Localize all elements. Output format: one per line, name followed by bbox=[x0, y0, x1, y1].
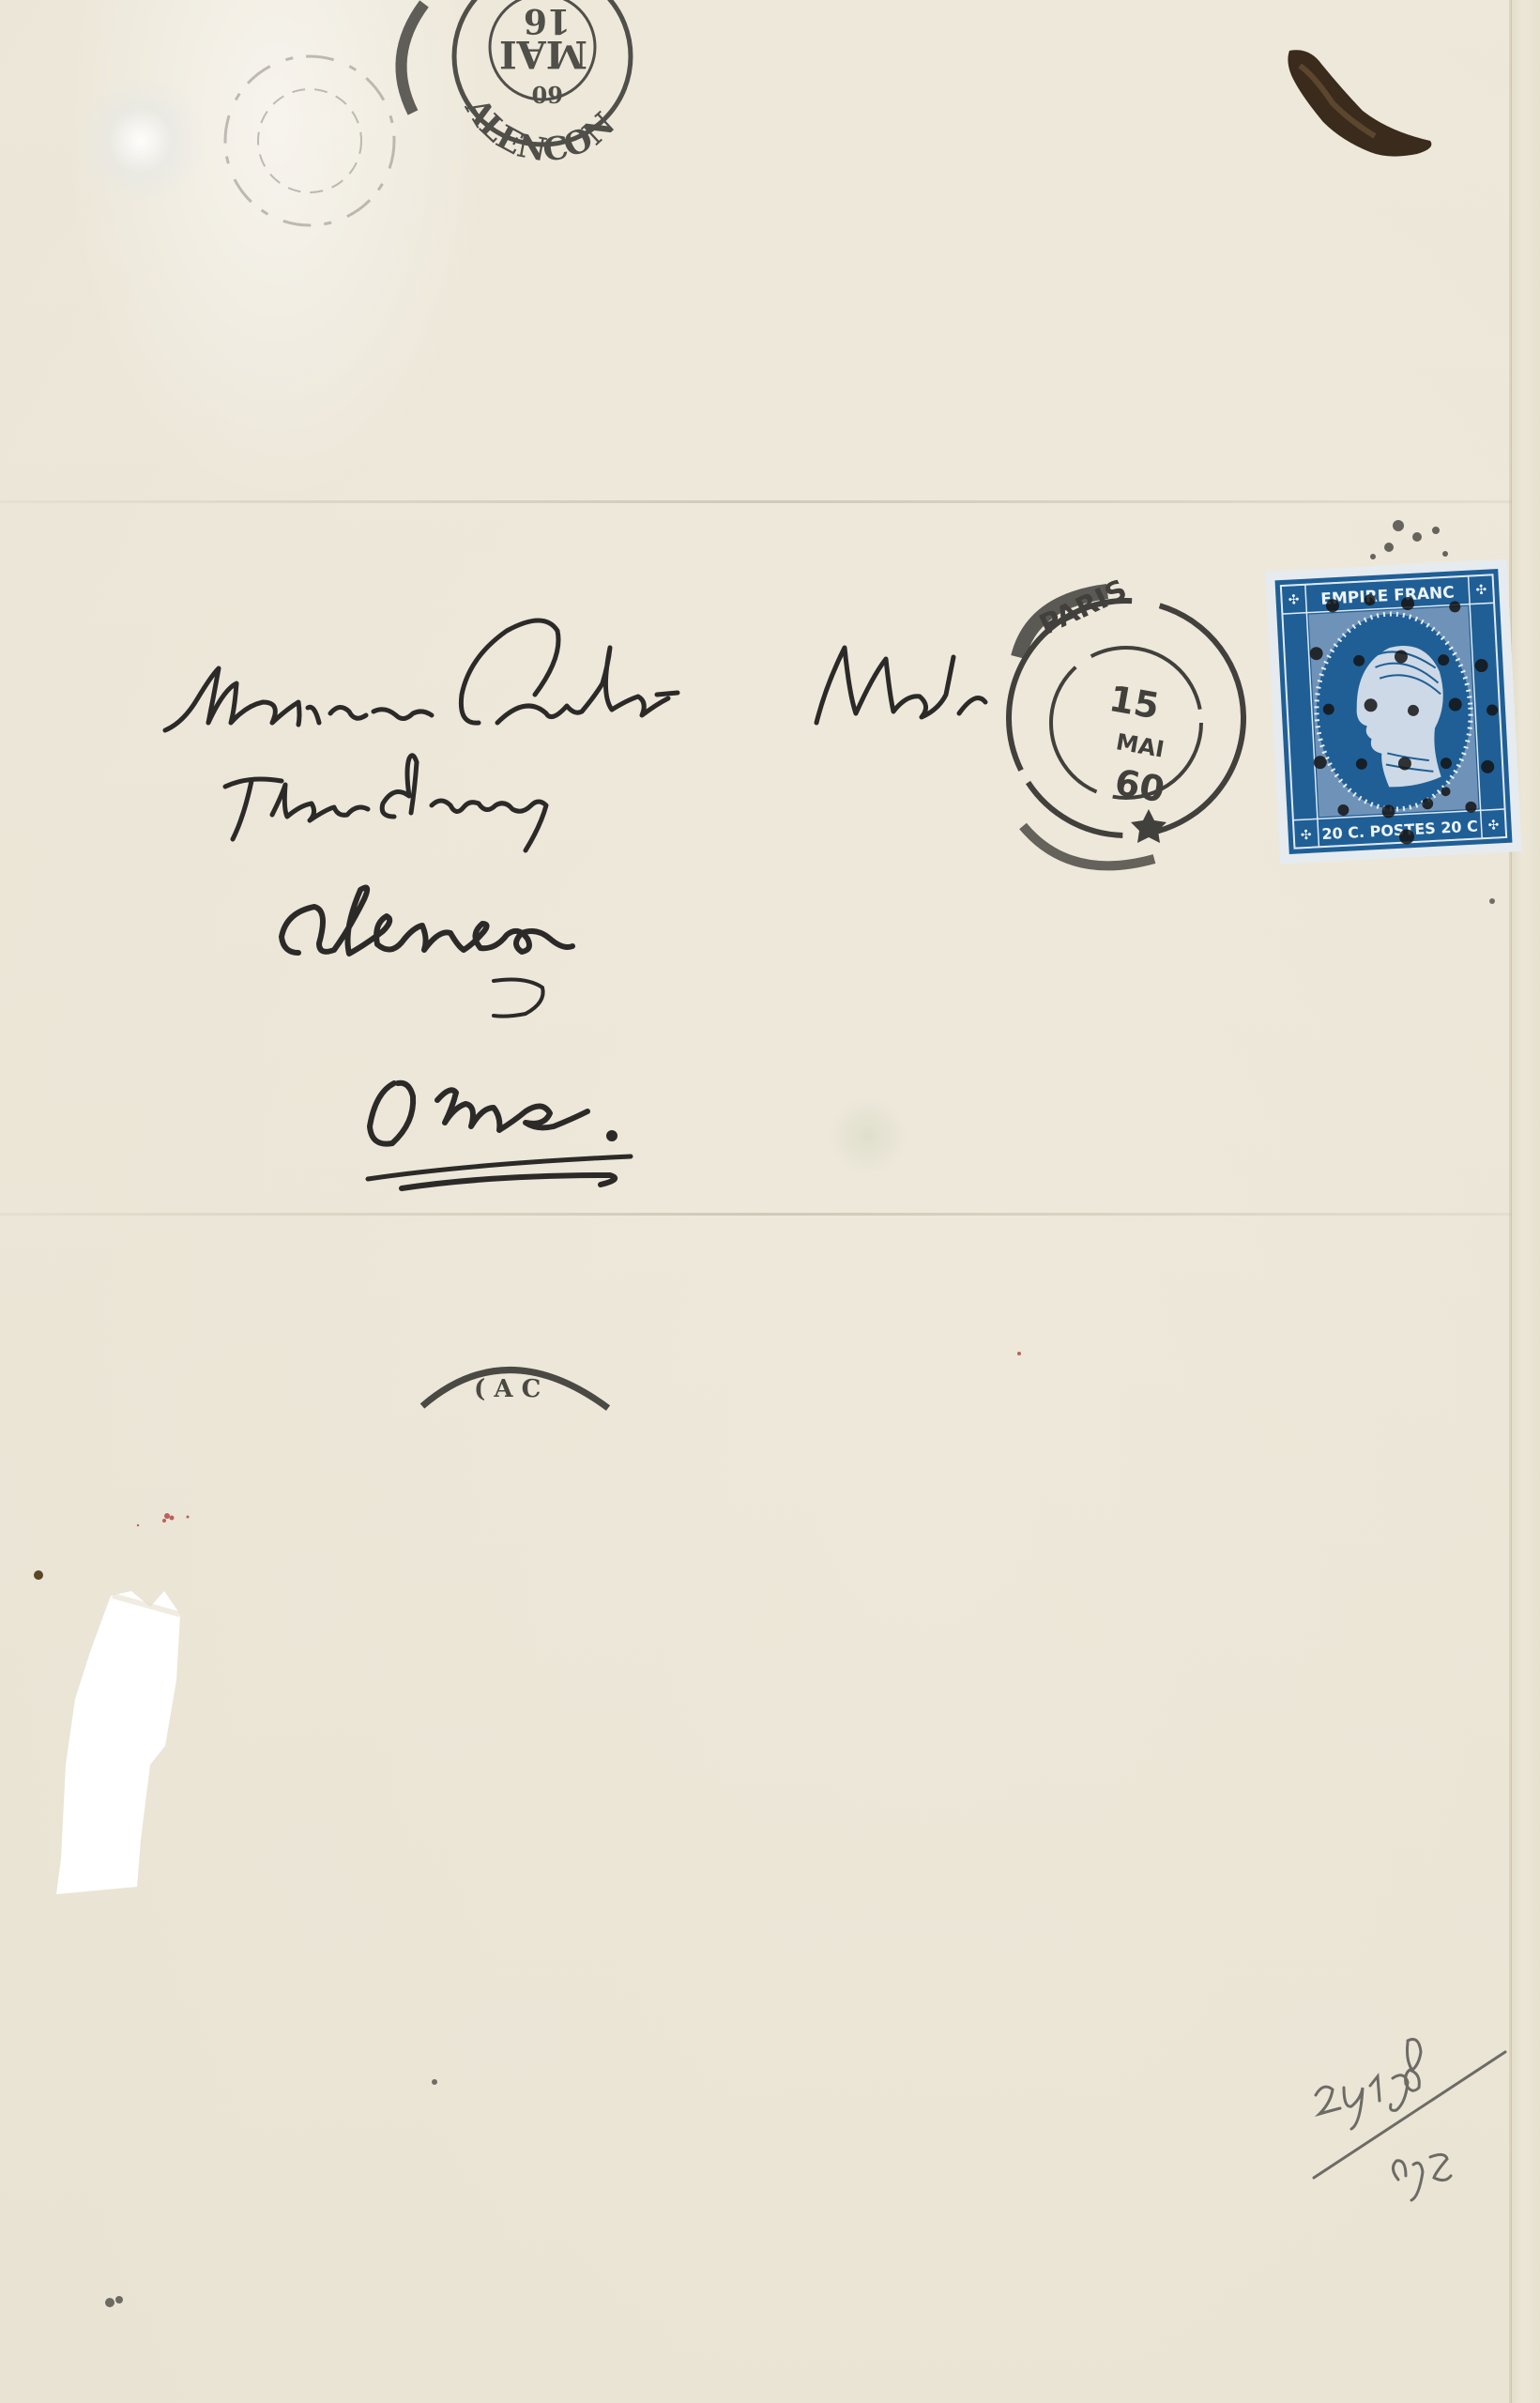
paris-year: 60 bbox=[1154, 601, 1173, 619]
alencon-year: 60 bbox=[607, 9, 626, 27]
alencon-day: 16 bbox=[546, 9, 565, 27]
svg-text:✣: ✣ bbox=[1288, 592, 1300, 608]
svg-text:✣: ✣ bbox=[1301, 828, 1313, 844]
letter-sheet bbox=[0, 0, 1540, 2403]
svg-text:✣: ✣ bbox=[1487, 818, 1500, 834]
postage-stamp: EMPIRE FRANC 20 C. POSTES 20 C ✣✣ ✣✣ bbox=[1265, 559, 1522, 864]
alencon-town: ALENCON bbox=[460, 9, 541, 27]
paris-day: 15 bbox=[1093, 601, 1112, 619]
napoleon-portrait-icon: EMPIRE FRANC 20 C. POSTES 20 C ✣✣ ✣✣ bbox=[1265, 559, 1522, 864]
water-stain bbox=[826, 1098, 910, 1173]
paper-edge bbox=[1511, 0, 1540, 2403]
fold-line-lower bbox=[0, 1213, 1512, 1216]
paris-month: MAI bbox=[1118, 601, 1150, 619]
svg-text:✣: ✣ bbox=[1475, 583, 1487, 599]
fold-line-right bbox=[1509, 0, 1511, 2403]
paris-town: PARIS bbox=[1042, 601, 1089, 619]
fold-line-upper bbox=[0, 500, 1512, 503]
glare-spot bbox=[75, 75, 206, 207]
alencon-month: MAI bbox=[571, 9, 602, 27]
